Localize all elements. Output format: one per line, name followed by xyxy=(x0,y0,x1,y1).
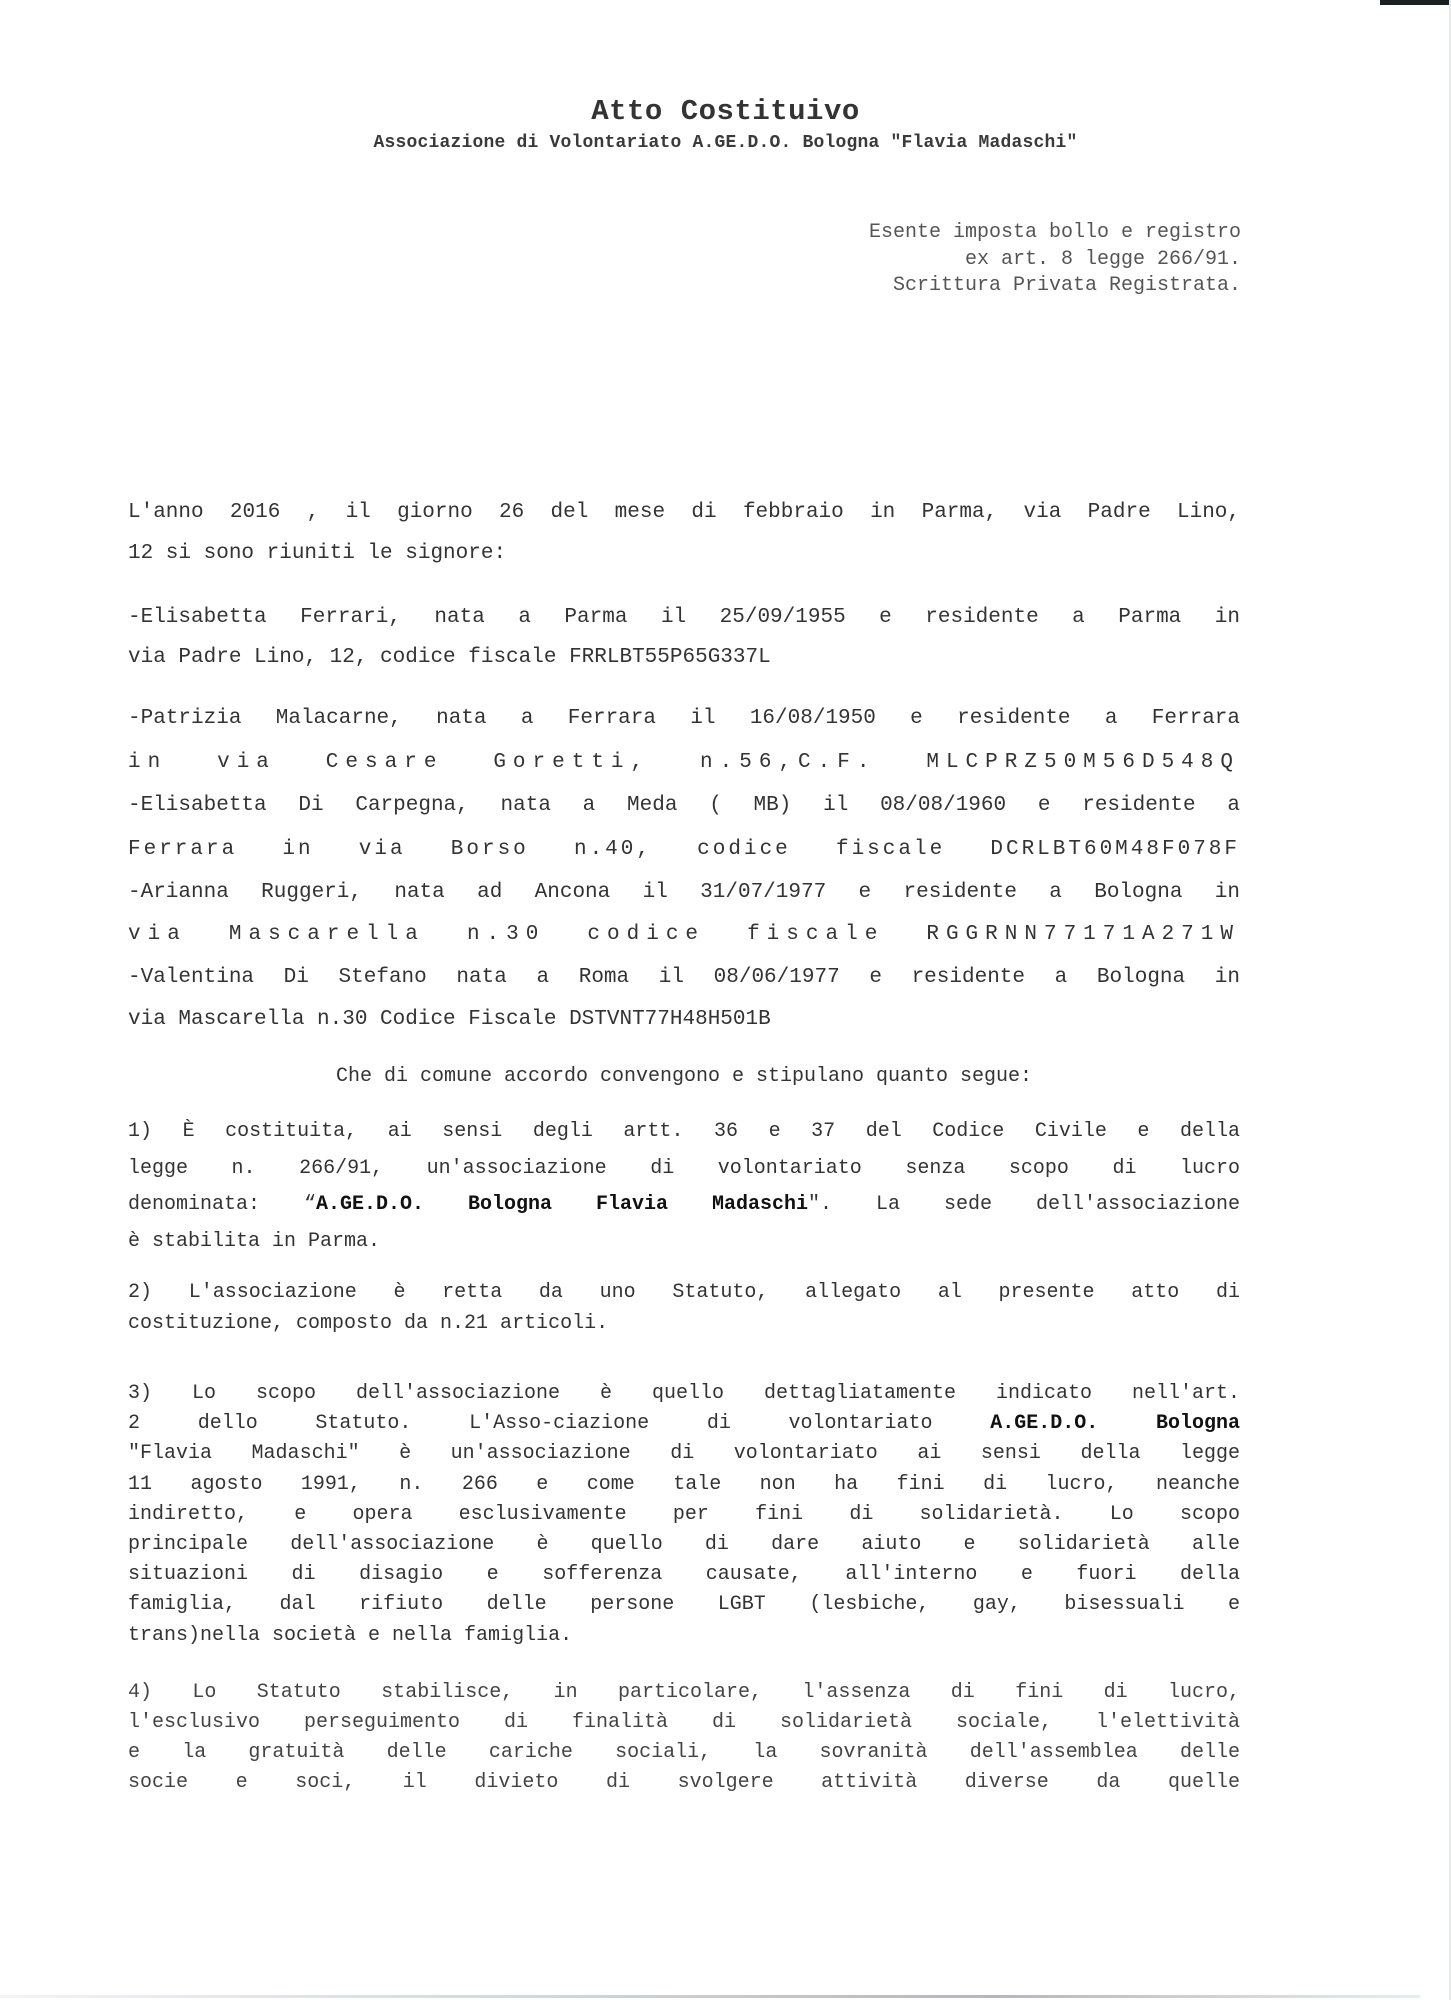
clause-line: principale dell'associazione è quello di… xyxy=(128,1530,1240,1560)
member-line: -Valentina Di Stefano nata a Roma il 08/… xyxy=(128,965,1240,991)
clause-line: situazioni di disagio e sofferenza causa… xyxy=(128,1560,1240,1590)
clause-3: 3) Lo scopo dell'associazione è quello d… xyxy=(128,1379,1240,1651)
member-line: Ferrara in via Borso n.40, codice fiscal… xyxy=(128,837,1240,863)
member-line: via Padre Lino, 12, codice fiscale FRRLB… xyxy=(128,645,1240,671)
clause-line: 1) È costituita, ai sensi degli artt. 36… xyxy=(128,1114,1240,1151)
member-line: -Arianna Ruggeri, nata ad Ancona il 31/0… xyxy=(128,880,1240,906)
clause-text: denominata: “ xyxy=(128,1193,316,1216)
association-city: Bologna xyxy=(1156,1412,1240,1435)
clause-line: e la gratuità delle cariche sociali, la … xyxy=(128,1738,1240,1768)
exemption-note: Esente imposta bollo e registro ex art. … xyxy=(869,220,1241,300)
member-line: -Elisabetta Ferrari, nata a Parma il 25/… xyxy=(128,605,1240,631)
member-line: -Elisabetta Di Carpegna, nata a Meda ( M… xyxy=(128,793,1240,819)
clause-text: 2 dello Statuto. L'Asso-ciazione di volo… xyxy=(128,1412,990,1435)
clause-line: 4) Lo Statuto stabilisce, in particolare… xyxy=(128,1678,1240,1708)
clause-2: 2) L'associazione è retta da uno Statuto… xyxy=(128,1277,1240,1339)
member-line: -Patrizia Malacarne, nata a Ferrara il 1… xyxy=(128,706,1240,732)
exemption-line: ex art. 8 legge 266/91. xyxy=(965,248,1241,271)
clause-line: "Flavia Madaschi" è un'associazione di v… xyxy=(128,1439,1240,1469)
clause-line: denominata: “A.GE.D.O. Bologna Flavia Ma… xyxy=(128,1187,1240,1224)
association-acronym: A.GE.D.O. xyxy=(990,1412,1098,1435)
member-line: via Mascarella n.30 codice fiscale RGGRN… xyxy=(128,922,1240,948)
clause-line: 2 dello Statuto. L'Asso-ciazione di volo… xyxy=(128,1409,1240,1439)
clause-line: 3) Lo scopo dell'associazione è quello d… xyxy=(128,1379,1240,1409)
clause-line: socie e soci, il divieto di svolgere att… xyxy=(128,1768,1240,1798)
exemption-line: Scrittura Privata Registrata. xyxy=(893,274,1241,297)
scan-border-top xyxy=(1380,0,1451,5)
exemption-line: Esente imposta bollo e registro xyxy=(869,221,1241,244)
clause-line: famiglia, dal rifiuto delle persone LGBT… xyxy=(128,1590,1240,1620)
clause-line: 2) L'associazione è retta da uno Statuto… xyxy=(128,1277,1240,1308)
clause-4: 4) Lo Statuto stabilisce, in particolare… xyxy=(128,1678,1240,1798)
clause-line: è stabilita in Parma. xyxy=(128,1224,1240,1261)
document-subtitle: Associazione di Volontariato A.GE.D.O. B… xyxy=(0,133,1451,153)
scan-border-bottom xyxy=(0,1995,1420,1998)
clause-text: ". La sede dell'associazione xyxy=(808,1193,1240,1216)
intro-line: 12 si sono riuniti le signore: xyxy=(128,541,1240,567)
clause-line: costituzione, composto da n.21 articoli. xyxy=(128,1308,1240,1339)
clause-line: 11 agosto 1991, n. 266 e come tale non h… xyxy=(128,1470,1240,1500)
association-name: A.GE.D.O. Bologna Flavia Madaschi xyxy=(316,1193,808,1216)
clause-line: trans)nella società e nella famiglia. xyxy=(128,1621,1240,1651)
member-line: in via Cesare Goretti, n.56,C.F. MLCPRZ5… xyxy=(128,750,1240,776)
agreement-heading: Che di comune accordo convengono e stipu… xyxy=(128,1064,1240,1090)
clause-1: 1) È costituita, ai sensi degli artt. 36… xyxy=(128,1114,1240,1260)
clause-line: l'esclusivo perseguimento di finalità di… xyxy=(128,1708,1240,1738)
member-line: via Mascarella n.30 Codice Fiscale DSTVN… xyxy=(128,1007,1240,1033)
clause-line: legge n. 266/91, un'associazione di volo… xyxy=(128,1151,1240,1188)
document-title: Atto Costituivo xyxy=(0,95,1451,128)
clause-line: indiretto, e opera esclusivamente per fi… xyxy=(128,1500,1240,1530)
intro-line: L'anno 2016 , il giorno 26 del mese di f… xyxy=(128,500,1240,526)
